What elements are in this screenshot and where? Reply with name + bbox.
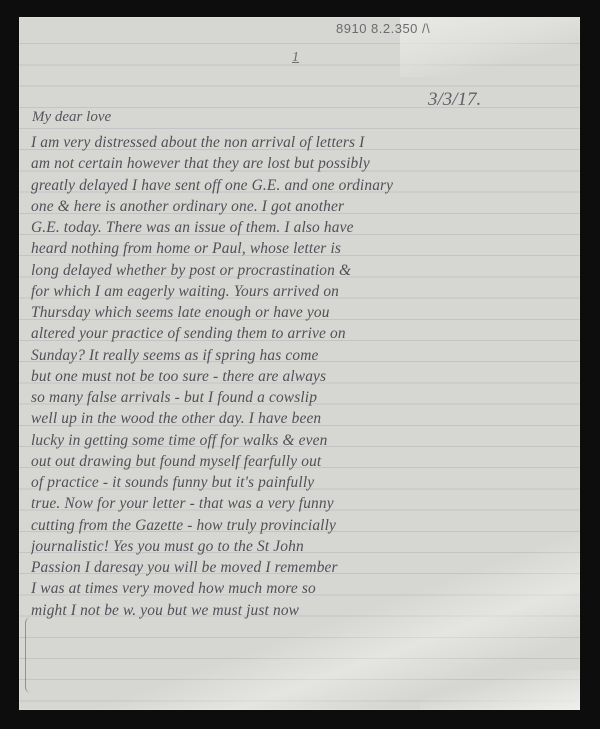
salutation: My dear love xyxy=(32,109,111,126)
letter-date: 3/3/17. xyxy=(428,89,481,111)
letter-line: out out drawing but found myself fearful… xyxy=(31,451,576,472)
scan-stage: 8910 8.2.350 /\ 1 3/3/17. My dear love I… xyxy=(0,0,600,729)
letter-line: heard nothing from home or Paul, whose l… xyxy=(31,238,576,259)
letter-line: greatly delayed I have sent off one G.E.… xyxy=(31,175,576,196)
letter-line: I am very distressed about the non arriv… xyxy=(31,132,576,153)
letter-line: for which I am eagerly waiting. Yours ar… xyxy=(31,281,576,302)
letter-line: lucky in getting some time off for walks… xyxy=(31,430,576,451)
letter-line: so many false arrivals - but I found a c… xyxy=(31,387,576,408)
letter-line: altered your practice of sending them to… xyxy=(31,323,576,344)
letter-body: I am very distressed about the non arriv… xyxy=(31,132,576,621)
letter-line: of practice - it sounds funny but it's p… xyxy=(31,472,576,493)
paper-fold-bottom-right xyxy=(420,670,580,710)
letter-line: Passion I daresay you will be moved I re… xyxy=(31,557,576,578)
letter-line: true. Now for your letter - that was a v… xyxy=(31,493,576,514)
letter-line: journalistic! Yes you must go to the St … xyxy=(31,536,576,557)
letter-line: might I not be w. you but we must just n… xyxy=(31,600,576,621)
archive-reference: 8910 8.2.350 /\ xyxy=(336,21,430,36)
letter-line: am not certain however that they are los… xyxy=(31,153,576,174)
page-number: 1 xyxy=(292,50,299,66)
letter-line: one & here is another ordinary one. I go… xyxy=(31,196,576,217)
letter-line: G.E. today. There was an issue of them. … xyxy=(31,217,576,238)
letter-line: I was at times very moved how much more … xyxy=(31,578,576,599)
letter-line: but one must not be too sure - there are… xyxy=(31,366,576,387)
margin-bracket-mark xyxy=(25,617,32,693)
letter-line: Thursday which seems late enough or have… xyxy=(31,302,576,323)
letter-line: long delayed whether by post or procrast… xyxy=(31,260,576,281)
letter-line: Sunday? It really seems as if spring has… xyxy=(31,345,576,366)
letter-line: cutting from the Gazette - how truly pro… xyxy=(31,515,576,536)
letter-paper: 8910 8.2.350 /\ 1 3/3/17. My dear love I… xyxy=(19,17,580,710)
letter-line: well up in the wood the other day. I hav… xyxy=(31,408,576,429)
